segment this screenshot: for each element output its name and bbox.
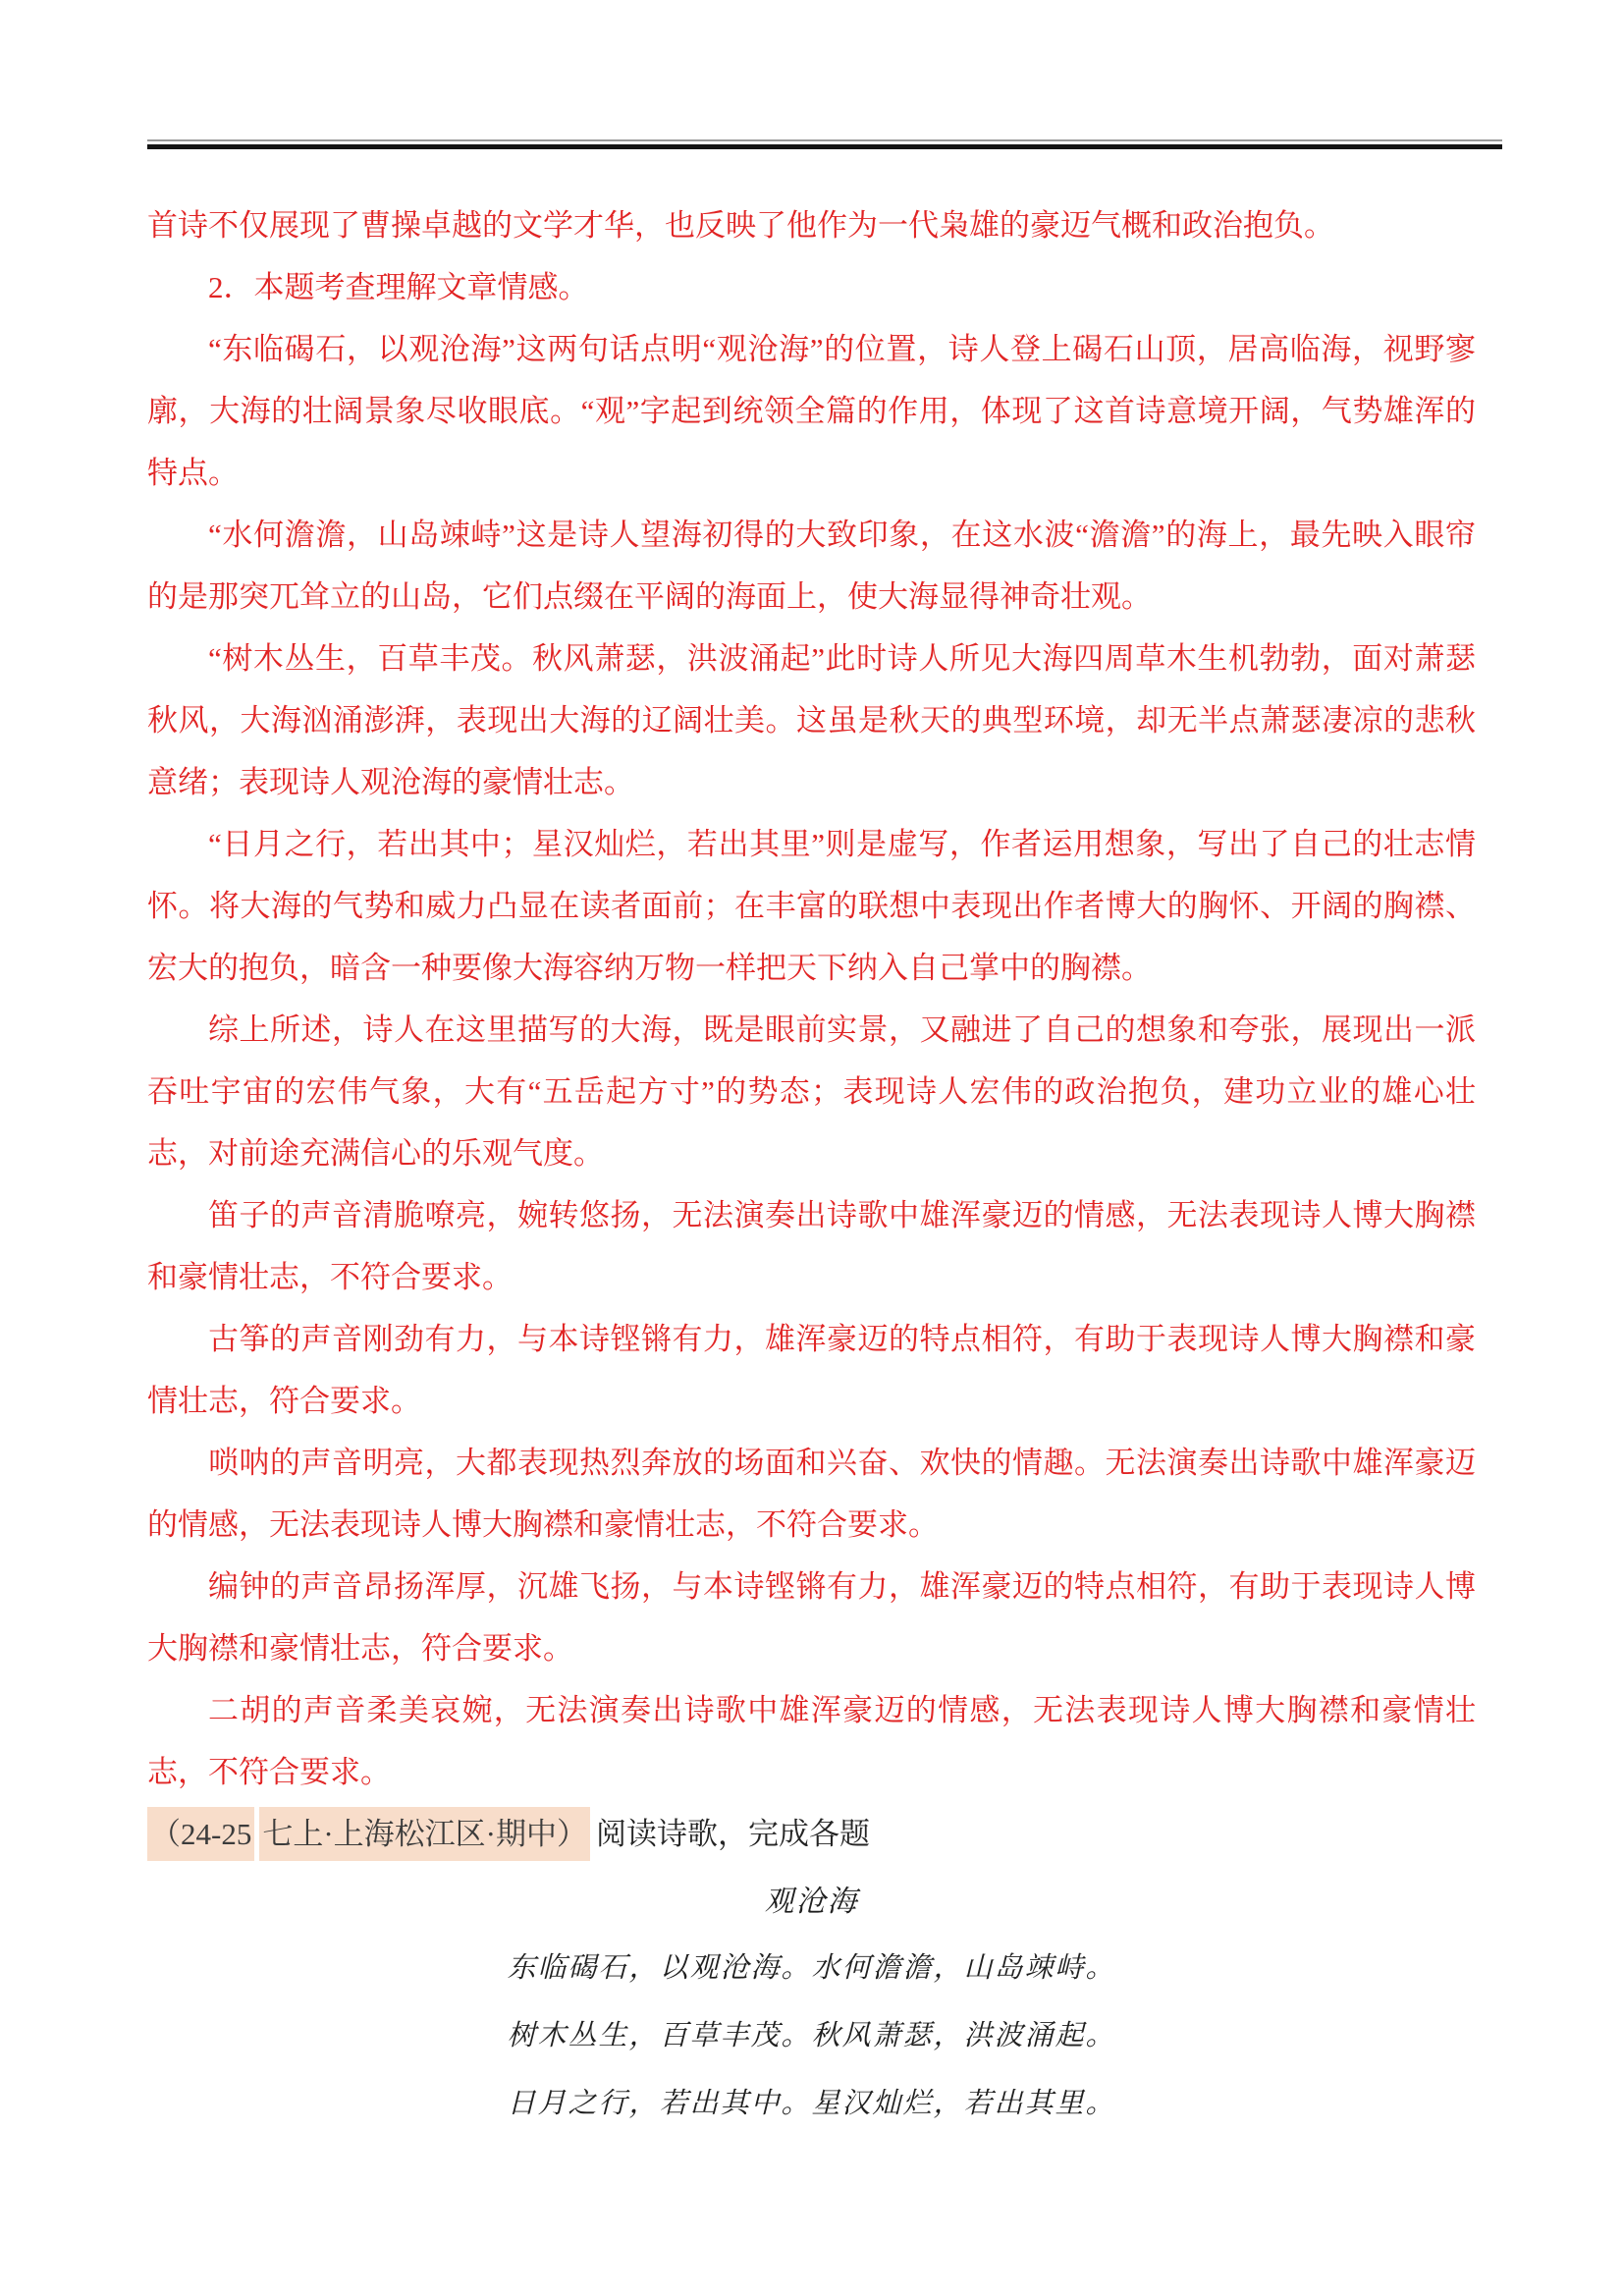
answer-paragraph: 首诗不仅展现了曹操卓越的文学才华，也反映了他作为一代枭雄的豪迈气概和政治抱负。 xyxy=(147,194,1476,256)
instruction-text: 阅读诗歌，完成各题 xyxy=(596,1817,870,1851)
answer-paragraph: 编钟的声音昂扬浑厚，沉雄飞扬，与本诗铿锵有力，雄浑豪迈的特点相符，有助于表现诗人… xyxy=(147,1556,1476,1679)
answer-paragraph: “东临碣石，以观沧海”这两句话点明“观沧海”的位置，诗人登上碣石山顶，居高临海，… xyxy=(147,318,1476,504)
poem-block: 观沧海 东临碣石，以观沧海。水何澹澹，山岛竦峙。树木丛生，百草丰茂。秋风萧瑟，洪… xyxy=(147,1870,1476,2138)
answer-paragraphs: 首诗不仅展现了曹操卓越的文学才华，也反映了他作为一代枭雄的豪迈气概和政治抱负。2… xyxy=(147,194,1476,1803)
poem-title: 观沧海 xyxy=(147,1870,1476,1935)
answer-paragraph: 唢呐的声音明亮，大都表现热烈奔放的场面和兴奋、欢快的情趣。无法演奏出诗歌中雄浑豪… xyxy=(147,1432,1476,1556)
document-page: 首诗不仅展现了曹操卓越的文学才华，也反映了他作为一代枭雄的豪迈气概和政治抱负。2… xyxy=(0,0,1623,2296)
header-divider-rule xyxy=(147,139,1502,149)
answer-paragraph: 二胡的声音柔美哀婉，无法演奏出诗歌中雄浑豪迈的情感，无法表现诗人博大胸襟和豪情壮… xyxy=(147,1679,1476,1803)
poem-line: 日月之行，若出其中。星汉灿烂，若出其里。 xyxy=(147,2070,1476,2138)
answer-paragraph: “树木丛生，百草丰茂。秋风萧瑟，洪波涌起”此时诗人所见大海四周草木生机勃勃，面对… xyxy=(147,628,1476,813)
answer-paragraph: “水何澹澹，山岛竦峙”这是诗人望海初得的大致印象，在这水波“澹澹”的海上，最先映… xyxy=(147,504,1476,628)
source-tag-region-chip: 七上·上海松江区·期中） xyxy=(259,1807,590,1861)
answer-paragraph: 2．本题考查理解文章情感。 xyxy=(147,256,1476,318)
source-tag-year-chip: （24-25 xyxy=(147,1807,254,1861)
poem-lines: 东临碣石，以观沧海。水何澹澹，山岛竦峙。树木丛生，百草丰茂。秋风萧瑟，洪波涌起。… xyxy=(147,1935,1476,2138)
question-source-line: （24-25七上·上海松江区·期中）阅读诗歌，完成各题 xyxy=(147,1803,1476,1866)
poem-line: 东临碣石，以观沧海。水何澹澹，山岛竦峙。 xyxy=(147,1935,1476,2002)
page-content: 首诗不仅展现了曹操卓越的文学才华，也反映了他作为一代枭雄的豪迈气概和政治抱负。2… xyxy=(147,194,1476,2138)
answer-paragraph: 古筝的声音刚劲有力，与本诗铿锵有力，雄浑豪迈的特点相符，有助于表现诗人博大胸襟和… xyxy=(147,1308,1476,1432)
answer-paragraph: 笛子的声音清脆嘹亮，婉转悠扬，无法演奏出诗歌中雄浑豪迈的情感，无法表现诗人博大胸… xyxy=(147,1184,1476,1308)
poem-line: 树木丛生，百草丰茂。秋风萧瑟，洪波涌起。 xyxy=(147,2002,1476,2070)
answer-paragraph: 综上所述，诗人在这里描写的大海，既是眼前实景，又融进了自己的想象和夸张，展现出一… xyxy=(147,999,1476,1184)
answer-paragraph: “日月之行，若出其中；星汉灿烂，若出其里”则是虚写，作者运用想象，写出了自己的壮… xyxy=(147,813,1476,999)
